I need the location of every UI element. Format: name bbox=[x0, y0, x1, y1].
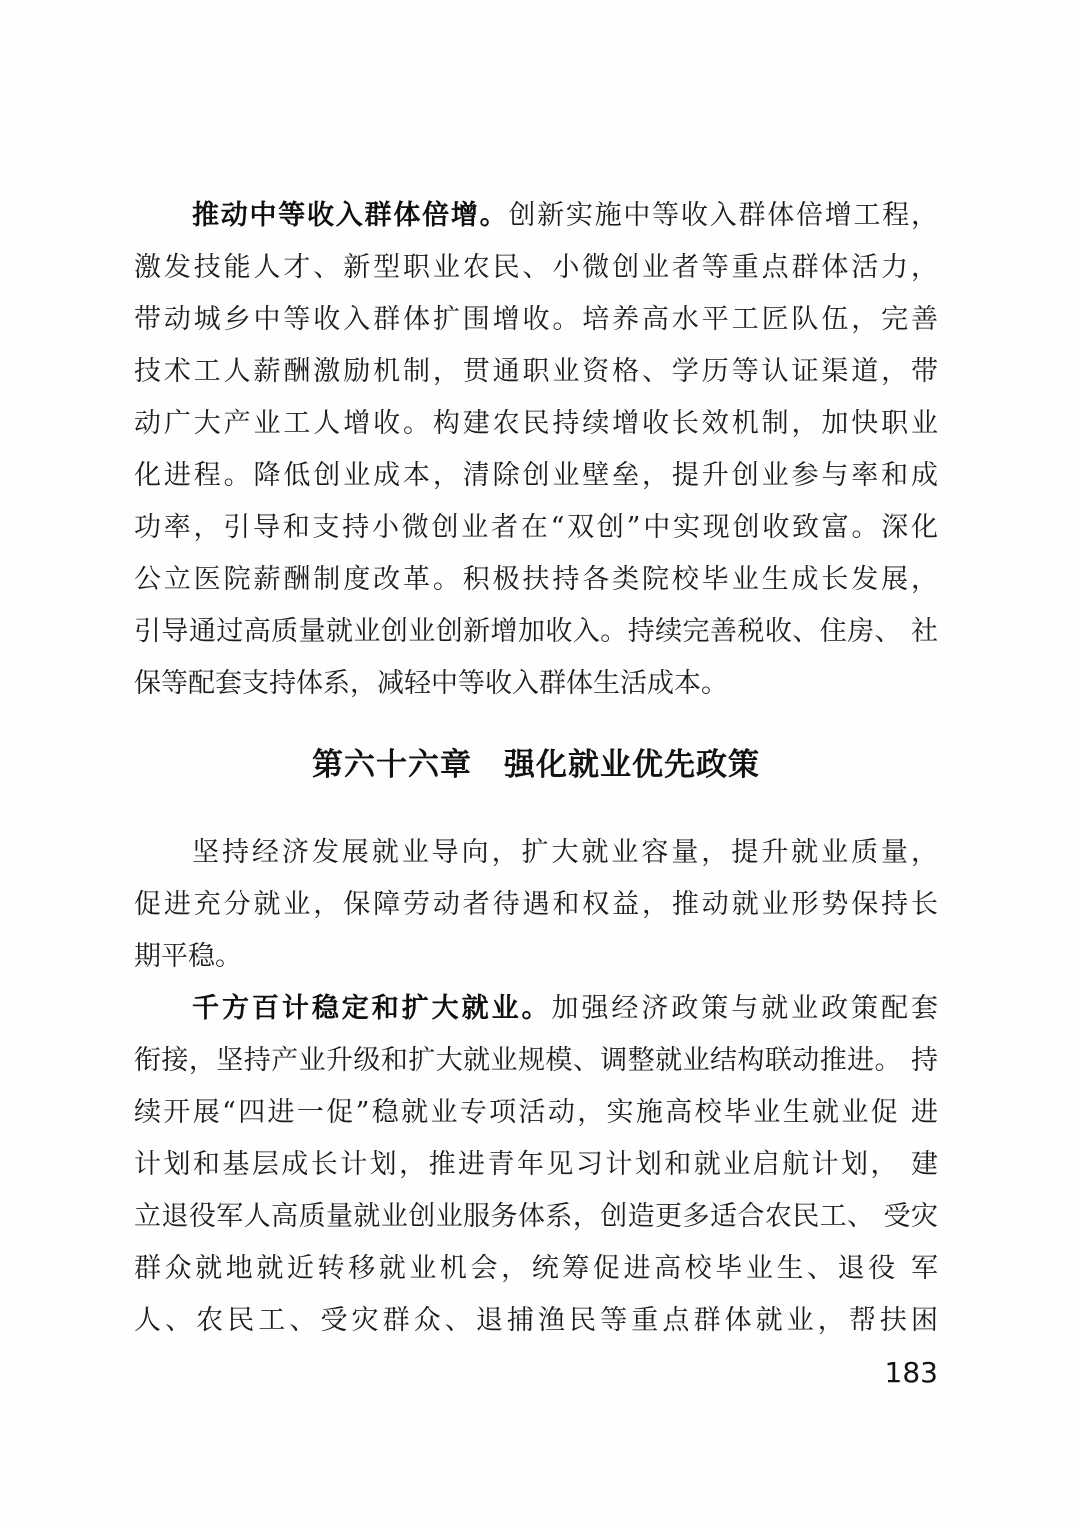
text-line: 技术工人薪酬激励机制，贯通职业资格、学历等认证渠道，带 bbox=[134, 346, 938, 398]
text-line: 公立医院薪酬制度改革。积极扶持各类院校毕业生成长发展， bbox=[134, 554, 938, 606]
text-line: 千方百计稳定和扩大就业。加强经济政策与就业政策配套 bbox=[134, 983, 938, 1035]
bold-lead: 推动中等收入群体倍增。 bbox=[192, 200, 508, 231]
text-line: 坚持经济发展就业导向，扩大就业容量，提升就业质量， bbox=[134, 827, 938, 879]
text-line: 化进程。降低创业成本，清除创业壁垒，提升创业参与率和成 bbox=[134, 450, 938, 502]
text-line: 群众就地就近转移就业机会，统筹促进高校毕业生、退役 军 bbox=[134, 1243, 938, 1295]
document-page: 推动中等收入群体倍增。创新实施中等收入群体倍增工程，激发技能人才、新型职业农民、… bbox=[0, 0, 1080, 1527]
text-line: 动广大产业工人增收。构建农民持续增收长效机制，加快职业 bbox=[134, 398, 938, 450]
text-line: 带动城乡中等收入群体扩围增收。培养高水平工匠队伍，完善 bbox=[134, 294, 938, 346]
paragraph: 坚持经济发展就业导向，扩大就业容量，提升就业质量，促进充分就业，保障劳动者待遇和… bbox=[134, 827, 938, 983]
text-line: 衔接，坚持产业升级和扩大就业规模、调整就业结构联动推进。 持 bbox=[134, 1035, 938, 1087]
text-line: 促进充分就业，保障劳动者待遇和权益，推动就业形势保持长 bbox=[134, 879, 938, 931]
bold-lead: 千方百计稳定和扩大就业。 bbox=[192, 993, 552, 1024]
page-number: 183 bbox=[134, 1356, 938, 1389]
text-line: 人、农民工、受灾群众、退捕渔民等重点群体就业，帮扶困 bbox=[134, 1295, 938, 1347]
document-content: 推动中等收入群体倍增。创新实施中等收入群体倍增工程，激发技能人才、新型职业农民、… bbox=[134, 190, 938, 1347]
chapter-heading: 第六十六章 强化就业优先政策 bbox=[134, 743, 938, 787]
text-line: 引导通过高质量就业创业创新增加收入。持续完善税收、住房、 社 bbox=[134, 606, 938, 658]
text-line: 计划和基层成长计划，推进青年见习计划和就业启航计划， 建 bbox=[134, 1139, 938, 1191]
paragraph: 推动中等收入群体倍增。创新实施中等收入群体倍增工程，激发技能人才、新型职业农民、… bbox=[134, 190, 938, 710]
text-line: 激发技能人才、新型职业农民、小微创业者等重点群体活力， bbox=[134, 242, 938, 294]
text-line: 功率，引导和支持小微创业者在“双创”中实现创收致富。深化 bbox=[134, 502, 938, 554]
text-line: 续开展“四进一促”稳就业专项活动，实施高校毕业生就业促 进 bbox=[134, 1087, 938, 1139]
text-line: 立退役军人高质量就业创业服务体系，创造更多适合农民工、 受灾 bbox=[134, 1191, 938, 1243]
text-line: 期平稳。 bbox=[134, 931, 938, 983]
text-line: 保等配套支持体系，减轻中等收入群体生活成本。 bbox=[134, 658, 938, 710]
paragraph: 千方百计稳定和扩大就业。加强经济政策与就业政策配套衔接，坚持产业升级和扩大就业规… bbox=[134, 983, 938, 1347]
text-line: 推动中等收入群体倍增。创新实施中等收入群体倍增工程， bbox=[134, 190, 938, 242]
